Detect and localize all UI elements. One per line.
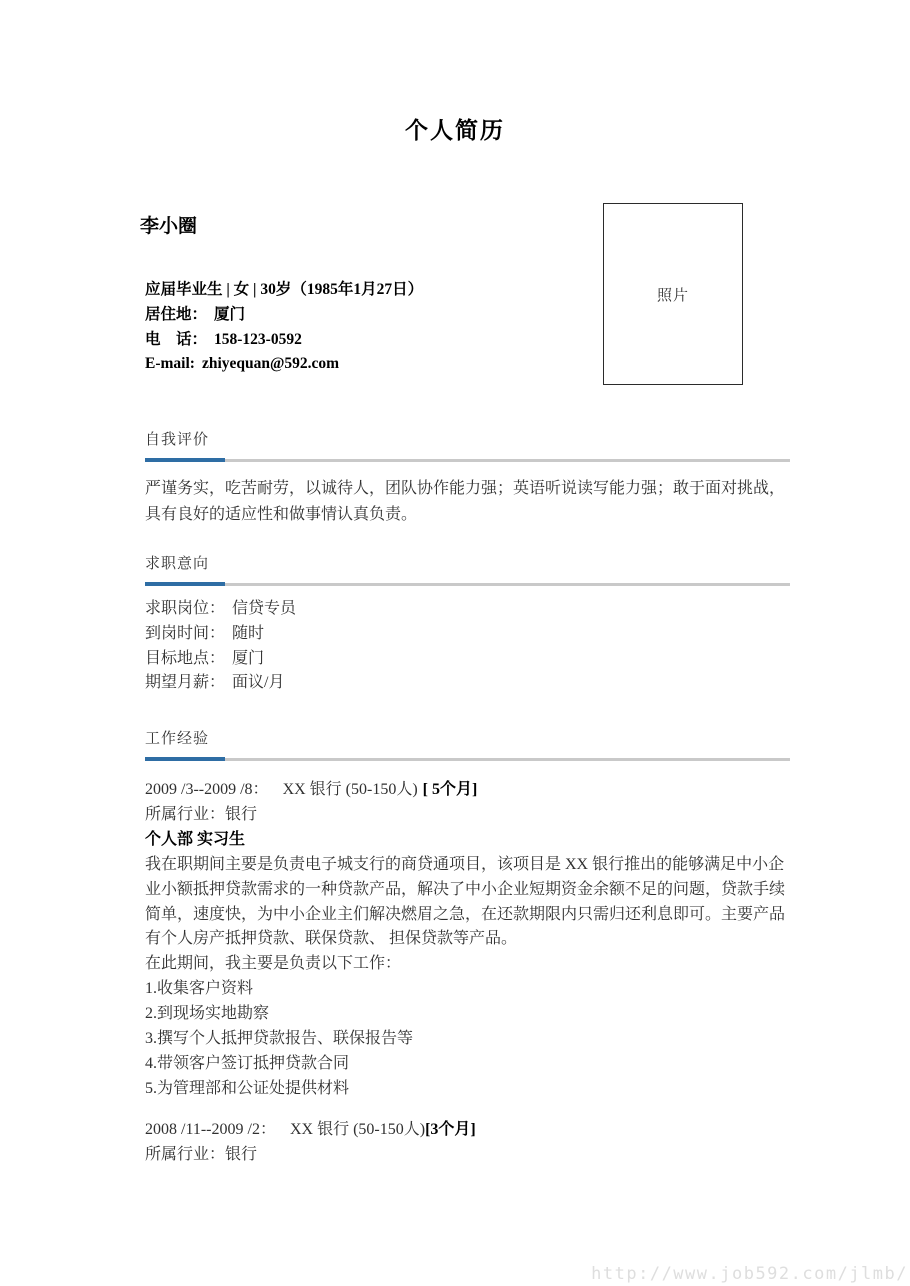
section-title-work-experience: 工作经验 — [145, 729, 910, 749]
intention-row-location: 目标地点：厦门 — [145, 647, 910, 672]
job-duties-intro: 在此期间，我主要是负责以下工作： — [145, 952, 910, 977]
job-industry-line: 所属行业：银行 — [145, 803, 910, 828]
section-self-evaluation: 自我评价 严谨务实，吃苦耐劳，以诚待人，团队协作能力强；英语听说读写能力强；敢于… — [145, 430, 910, 527]
job-duration: [3个月] — [425, 1121, 476, 1138]
industry-label: 所属行业： — [145, 806, 225, 823]
residence-value: 厦门 — [214, 306, 245, 323]
photo-label: 照片 — [657, 284, 689, 305]
job-duty-item: 1.收集客户资料 — [145, 977, 910, 1002]
job-company: XX 银行 (50-150人) — [290, 1121, 425, 1138]
watermark-url: http://www.job592.com/jlmb/ — [591, 1264, 908, 1284]
email-label: E-mail: — [145, 355, 195, 372]
phone-line: 电 话：158-123-0592 — [145, 328, 910, 353]
industry-value: 银行 — [225, 1146, 257, 1163]
job-duty-item: 3.撰写个人抵押贷款报告、联保报告等 — [145, 1027, 910, 1052]
job-heading: 2009 /3--2009 /8：XX 银行 (50-150人)[ 5个月] — [145, 778, 910, 803]
profile-info: 应届毕业生 | 女 | 30岁（1985年1月27日） 居住地：厦门 电 话：1… — [145, 278, 910, 377]
intention-value: 信贷专员 — [232, 600, 296, 617]
job-period: 2008 /11--2009 /2： — [145, 1121, 276, 1138]
job-duration: [ 5个月] — [423, 781, 478, 798]
job-entry-1: 2009 /3--2009 /8：XX 银行 (50-150人)[ 5个月] 所… — [145, 778, 910, 1102]
intention-value: 面议/月 — [232, 674, 284, 691]
section-title-self-evaluation: 自我评价 — [145, 430, 910, 450]
intention-row-position: 求职岗位：信贷专员 — [145, 597, 910, 622]
residence-label: 居住地： — [145, 306, 207, 323]
resume-page: 个人简历 照片 李小圈 应届毕业生 | 女 | 30岁（1985年1月27日） … — [0, 0, 910, 1286]
job-duty-item: 2.到现场实地勘察 — [145, 1002, 910, 1027]
job-entry-2: 2008 /11--2009 /2：XX 银行 (50-150人)[3个月] 所… — [145, 1118, 910, 1168]
intention-row-start-time: 到岗时间：随时 — [145, 622, 910, 647]
divider-accent-bar — [145, 757, 225, 761]
divider-accent-bar — [145, 458, 225, 462]
job-intention-list: 求职岗位：信贷专员 到岗时间：随时 目标地点：厦门 期望月薪：面议/月 — [145, 597, 910, 696]
phone-label: 电 话： — [145, 331, 207, 348]
divider-gray-bar — [225, 459, 790, 462]
section-job-intention: 求职意向 求职岗位：信贷专员 到岗时间：随时 目标地点：厦门 期望月薪：面议/月 — [145, 554, 910, 696]
intention-value: 随时 — [232, 625, 264, 642]
email-line: E-mail:zhiyequan@592.com — [145, 352, 910, 377]
intention-label: 求职岗位： — [145, 600, 225, 617]
section-divider — [145, 757, 790, 761]
section-divider — [145, 582, 790, 586]
job-period: 2009 /3--2009 /8： — [145, 781, 269, 798]
email-value: zhiyequan@592.com — [202, 355, 339, 372]
job-description: 我在职期间主要是负责电子城支行的商贷通项目，该项目是 XX 银行推出的能够满足中… — [145, 853, 797, 953]
page-title: 个人简历 — [0, 0, 910, 146]
job-duty-item: 5.为管理部和公证处提供材料 — [145, 1077, 910, 1102]
section-divider — [145, 458, 790, 462]
candidate-name: 李小圈 — [140, 214, 910, 240]
intention-label: 目标地点： — [145, 650, 225, 667]
intention-row-salary: 期望月薪：面议/月 — [145, 671, 910, 696]
divider-accent-bar — [145, 582, 225, 586]
intention-value: 厦门 — [232, 650, 264, 667]
section-title-job-intention: 求职意向 — [145, 554, 910, 574]
self-evaluation-text: 严谨务实，吃苦耐劳，以诚待人，团队协作能力强；英语听说读写能力强；敢于面对挑战，… — [145, 476, 797, 527]
job-position: 个人部 实习生 — [145, 828, 910, 853]
section-work-experience: 工作经验 2009 /3--2009 /8：XX 银行 (50-150人)[ 5… — [145, 729, 910, 1168]
divider-gray-bar — [225, 583, 790, 586]
profile-summary-line: 应届毕业生 | 女 | 30岁（1985年1月27日） — [145, 278, 910, 303]
divider-gray-bar — [225, 758, 790, 761]
job-heading: 2008 /11--2009 /2：XX 银行 (50-150人)[3个月] — [145, 1118, 910, 1143]
industry-label: 所属行业： — [145, 1146, 225, 1163]
residence-line: 居住地：厦门 — [145, 303, 910, 328]
job-company: XX 银行 (50-150人) — [283, 781, 418, 798]
intention-label: 到岗时间： — [145, 625, 225, 642]
job-industry-line: 所属行业：银行 — [145, 1143, 910, 1168]
phone-value: 158-123-0592 — [214, 331, 302, 348]
job-duty-item: 4.带领客户签订抵押贷款合同 — [145, 1052, 910, 1077]
intention-label: 期望月薪： — [145, 674, 225, 691]
photo-placeholder-box: 照片 — [603, 203, 743, 385]
industry-value: 银行 — [225, 806, 257, 823]
